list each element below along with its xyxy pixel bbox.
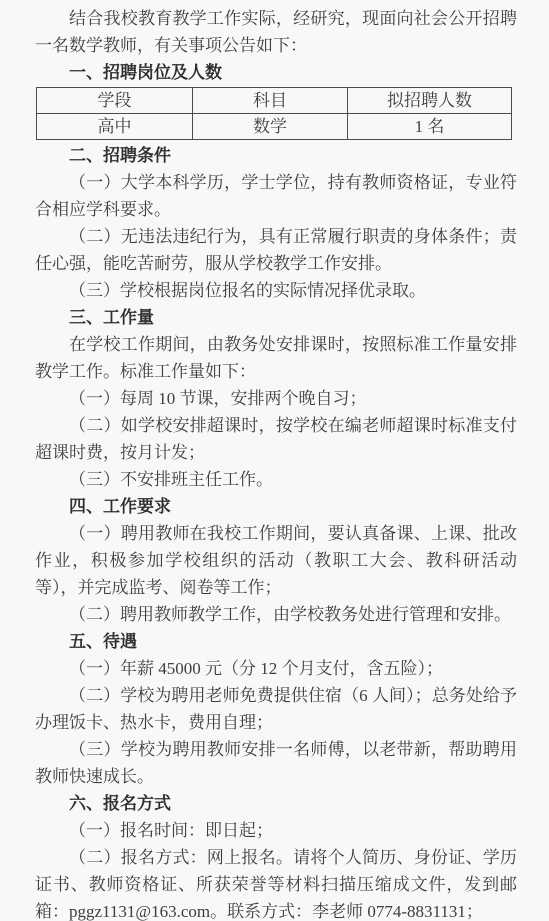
intro-paragraph: 结合我校教育教学工作实际，经研究，现面向社会公开招聘一名数学教师，有关事项公告如… bbox=[35, 5, 517, 59]
table-header-row: 学段 科目 拟招聘人数 bbox=[37, 88, 512, 114]
table-cell-headcount: 1 名 bbox=[348, 114, 512, 140]
paragraph: （三）学校为聘用教师安排一名师傅，以老带新，帮助聘用教师快速成长。 bbox=[35, 736, 517, 790]
section-heading-work-demands: 四、工作要求 bbox=[35, 493, 517, 520]
section-heading-workload: 三、工作量 bbox=[35, 304, 517, 331]
paragraph: （一）报名时间：即日起； bbox=[35, 817, 517, 844]
paragraph: 在学校工作期间，由教务处安排课时，按照标准工作量安排教学工作。标准工作量如下： bbox=[35, 331, 517, 385]
paragraph: （一）每周 10 节课，安排两个晚自习； bbox=[35, 385, 517, 412]
section-heading-application: 六、报名方式 bbox=[35, 790, 517, 817]
paragraph: （三）不安排班主任工作。 bbox=[35, 466, 517, 493]
paragraph: （三）学校根据岗位报名的实际情况择优录取。 bbox=[35, 277, 517, 304]
recruitment-positions-table: 学段 科目 拟招聘人数 高中 数学 1 名 bbox=[36, 87, 512, 140]
table-cell-subject: 数学 bbox=[193, 114, 348, 140]
paragraph: （二）学校为聘用老师免费提供住宿（6 人间）；总务处给予办理饭卡、热水卡，费用自… bbox=[35, 682, 517, 736]
paragraph: （一）聘用教师在我校工作期间，要认真备课、上课、批改作业，积极参加学校组织的活动… bbox=[35, 520, 517, 601]
paragraph: （一）大学本科学历，学士学位，持有教师资格证，专业符合相应学科要求。 bbox=[35, 169, 517, 223]
table-row: 高中 数学 1 名 bbox=[37, 114, 512, 140]
table-cell-stage: 高中 bbox=[37, 114, 193, 140]
paragraph-with-contact: （二）报名方式：网上报名。请将个人简历、身份证、学历证书、教师资格证、所获荣誉等… bbox=[35, 844, 517, 921]
table-header-subject: 科目 bbox=[193, 88, 348, 114]
paragraph: （二）无违法违纪行为，具有正常履行职责的身体条件；责任心强，能吃苦耐劳，服从学校… bbox=[35, 223, 517, 277]
section-heading-benefits: 五、待遇 bbox=[35, 628, 517, 655]
paragraph: （一）年薪 45000 元（分 12 个月支付，含五险）； bbox=[35, 655, 517, 682]
paragraph: （二）如学校安排超课时，按学校在编老师超课时标准支付超课时费，按月计发； bbox=[35, 412, 517, 466]
section-heading-positions: 一、招聘岗位及人数 bbox=[35, 59, 517, 86]
table-header-stage: 学段 bbox=[37, 88, 193, 114]
document-page: 结合我校教育教学工作实际，经研究，现面向社会公开招聘一名数学教师，有关事项公告如… bbox=[0, 0, 549, 921]
section-heading-requirements: 二、招聘条件 bbox=[35, 142, 517, 169]
table-header-headcount: 拟招聘人数 bbox=[348, 88, 512, 114]
paragraph: （二）聘用教师教学工作，由学校教务处进行管理和安排。 bbox=[35, 601, 517, 628]
